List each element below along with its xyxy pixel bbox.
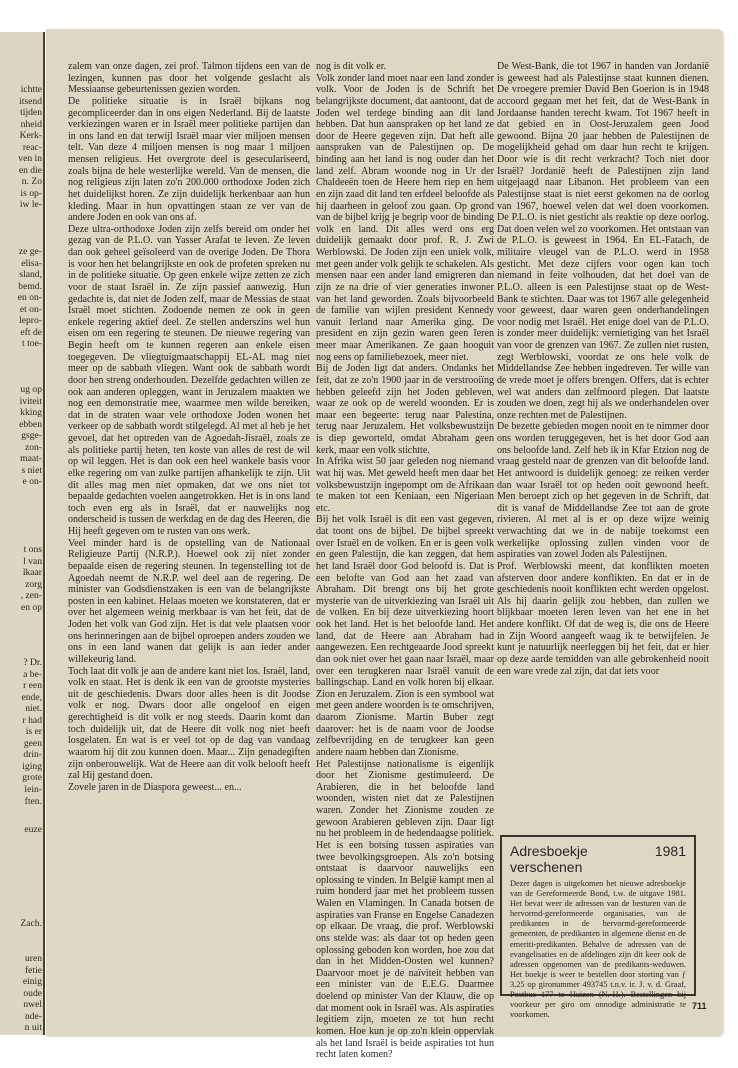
page-number: 711 (692, 1001, 707, 1011)
previous-page-text-fragment: euze (24, 824, 42, 836)
notice-box: Adresboekje 1981 verschenen Dezer dagen … (500, 835, 696, 996)
paragraph: De West-Bank, die tot 1967 in handen van… (497, 61, 709, 421)
article-column-3: De West-Bank, die tot 1967 in handen van… (497, 61, 709, 677)
previous-page-text-fragment: ze ge- elisa- sland, bemd. en on- et on-… (18, 246, 42, 350)
paragraph: Volk zonder land moet naar een land zond… (316, 73, 494, 364)
magazine-page: zalem van onze dagen, zei prof. Talmon t… (46, 29, 723, 1036)
previous-page-text-fragment: t ons l van lkaar zorg , zen- en op (21, 544, 42, 613)
paragraph: De bezette gebieden mogen nooit en te ni… (497, 421, 709, 561)
paragraph: In Afrika wist 50 jaar geleden nog niema… (316, 456, 494, 514)
notice-title: Adresboekje 1981 verschenen (510, 843, 686, 875)
paragraph: Zovele jaren in de Diaspora geweest... e… (68, 782, 310, 794)
previous-page-text-fragment: Zach. (20, 918, 42, 930)
paragraph: Bij de Joden ligt dat anders. Ondanks he… (316, 363, 494, 456)
article-column-2: nog is dit volk er. Volk zonder land moe… (316, 61, 494, 1061)
paragraph: Toch laat dit volk je aan de andere kant… (68, 666, 310, 782)
paragraph: Prof. Werblowski meent, dat konflikten m… (497, 561, 709, 677)
paragraph: nog is dit volk er. (316, 61, 494, 73)
previous-page-text-fragment: uren fetie einig oude nwel nde- n uit le… (23, 953, 42, 1035)
book-spine-line (43, 32, 45, 1035)
previous-page-text-fragment: ichtte itsend tijden nheid Kerk- reac- v… (18, 84, 42, 211)
paragraph: Veel minder hard is de opstelling van de… (68, 538, 310, 666)
paragraph: zalem van onze dagen, zei prof. Talmon t… (68, 61, 310, 96)
paragraph: De politieke situatie is in Israël bijka… (68, 96, 310, 224)
previous-page-text-fragment: ? Dr. a be- r een ende, niet. r had is e… (21, 657, 42, 807)
paragraph: Deze ultra-orthodoxe Joden zijn zelfs be… (68, 224, 310, 538)
previous-page-edge: ichtte itsend tijden nheid Kerk- reac- v… (0, 32, 44, 1035)
notice-body: Dezer dagen is uitgekomen het nieuwe adr… (510, 879, 686, 1020)
paragraph: Bij het volk Israël is dit een vast gege… (316, 514, 494, 758)
previous-page-text-fragment: ug op iviteit kking ebben gsge- zon- maa… (19, 384, 42, 488)
article-column-1: zalem van onze dagen, zei prof. Talmon t… (68, 61, 310, 793)
paragraph: Het Palestijnse nationalisme is eigenlij… (316, 759, 494, 1061)
